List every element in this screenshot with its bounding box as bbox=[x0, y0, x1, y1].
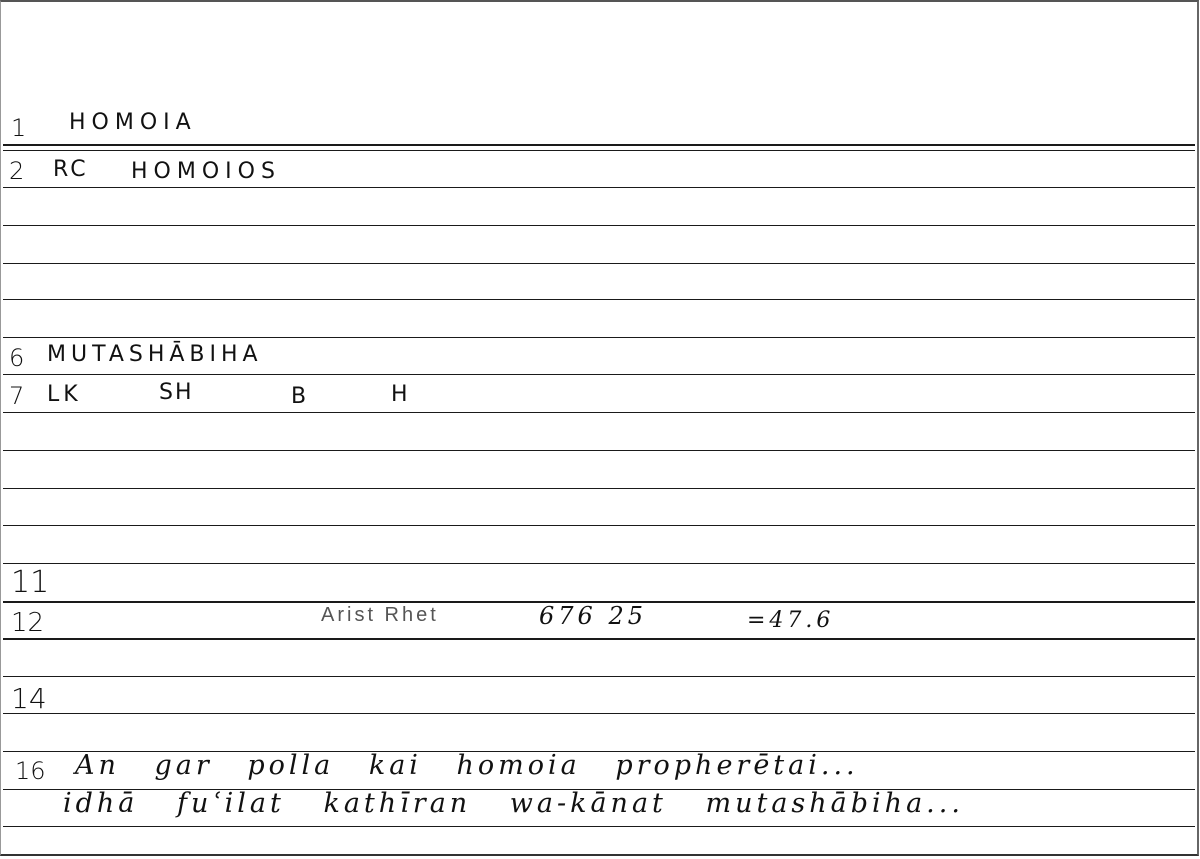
line-number-14: 14 bbox=[11, 682, 47, 715]
rule-line bbox=[3, 676, 1195, 677]
rule-line bbox=[3, 826, 1195, 827]
rule-line bbox=[3, 150, 1195, 151]
entry-homoia: HOMOIA bbox=[69, 110, 197, 135]
line-number-11: 11 bbox=[11, 565, 49, 600]
equation-value: =47.6 bbox=[747, 608, 834, 633]
entry-mutashabiha: MUTASHĀBIHA bbox=[47, 342, 263, 367]
arabic-transliteration: idhā fuʿilat kathīran wa-kānat mutashābi… bbox=[63, 788, 964, 819]
rule-line bbox=[3, 638, 1195, 640]
rule-line bbox=[3, 450, 1195, 451]
entry-lk-label: LK bbox=[47, 382, 82, 407]
root-letter-sh: SH bbox=[159, 380, 194, 405]
index-card: 1 HOMOIA 2 RC HOMOIOS 6 MUTASHĀBIHA 7 LK… bbox=[0, 0, 1199, 856]
rule-line bbox=[3, 299, 1195, 300]
rule-line bbox=[3, 374, 1195, 375]
citation-number: 676 25 bbox=[539, 602, 647, 630]
rule-line bbox=[3, 713, 1195, 714]
source-reference: Arist Rhet bbox=[321, 604, 439, 627]
rule-line bbox=[3, 144, 1195, 146]
rule-line bbox=[3, 563, 1195, 564]
rule-line bbox=[3, 187, 1195, 188]
rule-line bbox=[3, 412, 1195, 413]
line-number-12: 12 bbox=[11, 608, 44, 638]
greek-quotation: An gar polla kai homoia propherētai... bbox=[75, 750, 859, 781]
rule-line bbox=[3, 263, 1195, 264]
root-letter-b: B bbox=[291, 384, 312, 409]
root-letter-h: H bbox=[391, 382, 414, 407]
line-number-1: 1 bbox=[11, 114, 26, 142]
line-number-7: 7 bbox=[9, 382, 24, 410]
entry-homoios: HOMOIOS bbox=[131, 159, 281, 184]
rule-line bbox=[3, 488, 1195, 489]
rule-line bbox=[3, 525, 1195, 526]
line-number-6: 6 bbox=[9, 344, 24, 372]
line-number-16: 16 bbox=[15, 757, 46, 785]
rule-line bbox=[3, 337, 1195, 338]
line-number-2: 2 bbox=[9, 157, 24, 185]
entry-rc-label: RC bbox=[53, 157, 89, 182]
rule-line bbox=[3, 225, 1195, 226]
